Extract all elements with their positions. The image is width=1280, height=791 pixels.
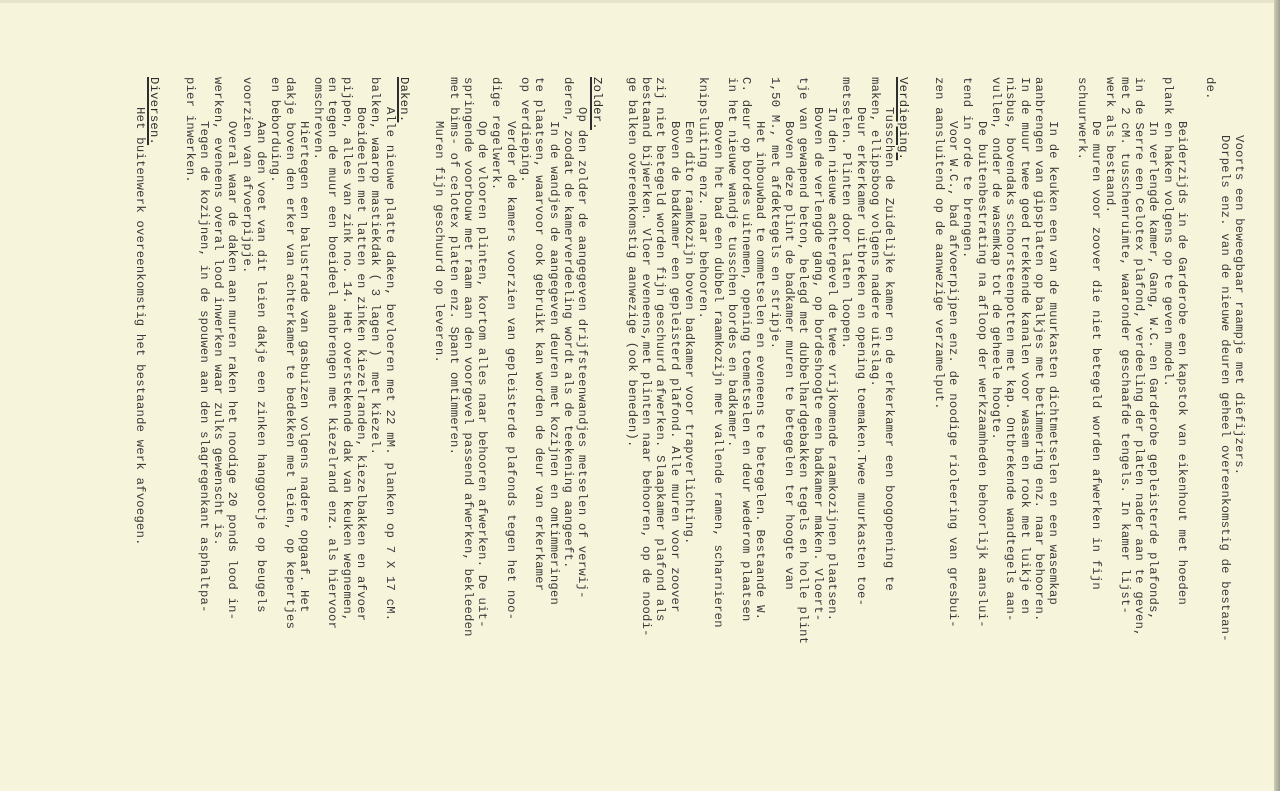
typed-page: Voorts een beweegbaar raampje met diefij…: [0, 0, 1280, 791]
text-line: In de keuken een van de muurkasten dicht…: [1046, 77, 1060, 777]
section-gap: [161, 77, 182, 777]
text-line: Boeideelen met latten en zinken kiezelra…: [354, 77, 368, 777]
text-line: De muren voor zoover die niet betegeld w…: [1089, 77, 1103, 777]
text-line: tje van gewapend beton, belegd met dubbe…: [796, 77, 810, 777]
text-line: In verlengde kamer, Gang, W.C. en Garder…: [1146, 77, 1160, 777]
text-line: aanbrengen van gipsplaten op balkjes met…: [1032, 77, 1046, 777]
text-line: nisbus, bovendaks schoorsteenpotten met …: [1003, 77, 1017, 777]
text-line: zen aansluitend op de aanwezige verzamel…: [931, 77, 945, 777]
text-line: en beborduing.: [268, 77, 282, 777]
text-line: te plaatsen, waarvoor ook gebruikt kan w…: [532, 77, 546, 777]
section-heading: Daken.: [397, 77, 411, 777]
section-gap: [910, 77, 931, 777]
text-line: zij niet betegeld worden fijn geschuurd …: [653, 77, 667, 777]
scanned-document: Voorts een beweegbaar raampje met diefij…: [0, 0, 1280, 791]
text-line: op verdieping.: [518, 77, 532, 777]
text-line: De buitenbestrating na afloop der werkza…: [974, 77, 988, 777]
section-heading: Diversen.: [147, 77, 161, 777]
text-line: Muren fijn geschuurd op leveren.: [432, 77, 446, 777]
text-line: vullen, onder de wasemkap tot de geheele…: [989, 77, 1003, 777]
text-line: Deur erkerkamer uitbreken en opening toe…: [853, 77, 867, 777]
text-line: bestaand bijwerken. Vloer eveneens,met p…: [639, 77, 653, 777]
section-heading: Zolder.: [589, 77, 603, 777]
text-line: en tegen de muur een boeideel aanbrengen…: [325, 77, 339, 777]
text-line: In de muur twee goed trekkende kanalen v…: [1017, 77, 1031, 777]
section-gap: [604, 77, 625, 777]
text-line: dige regelwerk.: [489, 77, 503, 777]
text-line: 1,50 M., met afdektegels en stripje.: [768, 77, 782, 777]
text-line: Op den zolder de aangegeven drijfsteenwa…: [575, 77, 589, 777]
text-line: Boven deze plint de badkamer muren te be…: [782, 77, 796, 777]
text-line: Het inbouwbad te ommetselen en eveneens …: [753, 77, 767, 777]
text-line: voorzien van afvoerpijpje.: [239, 77, 253, 777]
text-line: In den nieuwe achtergevel de twee vrijko…: [825, 77, 839, 777]
text-line: C. deur op bordes uitnemen, opening toem…: [739, 77, 753, 777]
document-body: Voorts een beweegbaar raampje met diefij…: [133, 77, 1246, 777]
text-line: Op de vlooren plinten, kortom alles naar…: [475, 77, 489, 777]
text-line: Het buitenwerk overeenkomstig het bestaa…: [133, 77, 147, 777]
text-line: pijpen, alles van zink no. 14. Het overs…: [339, 77, 353, 777]
text-line: in het nieuwe wandje tusschen bordes en …: [725, 77, 739, 777]
text-line: Dorpels enz. van de nieuwe deuren geheel…: [1217, 77, 1231, 777]
text-line: Tegen de kozijnen, in de spouwen aan den…: [197, 77, 211, 777]
text-line: metselen. Plinten door laten loopen.: [839, 77, 853, 777]
text-line: Boven de verlengde gang, op bordeshoogte…: [810, 77, 824, 777]
text-line: Hiertegen een balustrade van gasbuizen v…: [297, 77, 311, 777]
text-line: met bims- of celotex platen enz. Spant o…: [446, 77, 460, 777]
text-line: Verder de kamers voorzien van gepleister…: [503, 77, 517, 777]
section-heading: Verdieping.: [896, 77, 910, 777]
text-line: Beiderzijds in de Garderobe een kapstok …: [1175, 77, 1189, 777]
text-line: Tusschen de Zuidelijke kamer en de erker…: [882, 77, 896, 777]
text-line: tend in orde te brengen.: [960, 77, 974, 777]
text-line: Een dito raamkozijn boven badkamer voor …: [682, 77, 696, 777]
text-line: de.: [1203, 77, 1217, 777]
text-line: Boven de badkamer een gepleisterd plafon…: [667, 77, 681, 777]
text-line: met 2 cM. tusschenruimte, waaronder gesc…: [1117, 77, 1131, 777]
text-line: Overal waar de daken aan muren raken het…: [225, 77, 239, 777]
section-gap: [411, 77, 432, 777]
text-line: plank en haken volgens op te geven model…: [1160, 77, 1174, 777]
text-line: maken, ellipsboog volgens nadere uitslag…: [868, 77, 882, 777]
text-line: In de wandjes de aangegeven deuren met k…: [546, 77, 560, 777]
text-line: deren, zoodat de kamerverdeeling wordt a…: [561, 77, 575, 777]
text-line: schuurwerk.: [1074, 77, 1088, 777]
text-line: Voor W.C., bad afvoerpijpen enz. de nood…: [946, 77, 960, 777]
text-line: balken, waarop mastiekdak ( 3 lagen ) me…: [368, 77, 382, 777]
text-line: werken, eveneens overal lood inwerken wa…: [211, 77, 225, 777]
text-line: Aan den voet van dit leien dakje een zin…: [254, 77, 268, 777]
text-line: pier inwerken.: [182, 77, 196, 777]
text-line: Alle nieuwe platte daken, bevloeren met …: [382, 77, 396, 777]
text-line: ge balken overeenkomstig aanwezige (ook …: [625, 77, 639, 777]
text-line: in de Serre een Celotex plafond, verdeel…: [1132, 77, 1146, 777]
text-line: werk als bestaand.: [1103, 77, 1117, 777]
text-line: omschreven.: [311, 77, 325, 777]
blank-line: [1060, 77, 1074, 777]
text-line: springende voorbouw met raam aan den voo…: [461, 77, 475, 777]
blank-line: [1189, 77, 1203, 777]
text-line: Voorts een beweegbaar raampje met diefij…: [1232, 77, 1246, 777]
text-line: knipsluiting enz. naar behooren.: [696, 77, 710, 777]
text-line: Boven het bad een dubbel raamkozijn met …: [710, 77, 724, 777]
text-line: dakje boven den erker van achterkamer te…: [282, 77, 296, 777]
